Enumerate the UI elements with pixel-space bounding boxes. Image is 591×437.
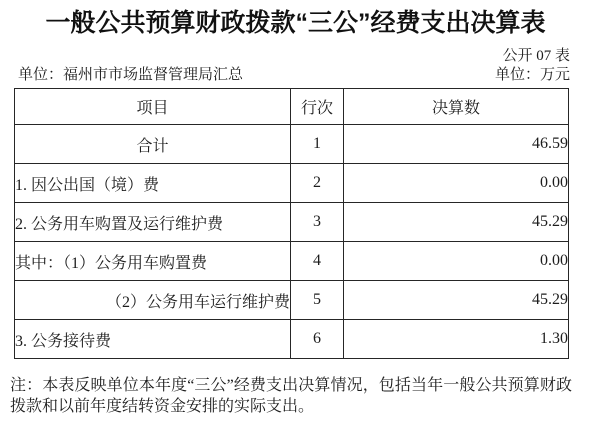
line-no-cell: 3 [291, 203, 344, 242]
column-header-item: 项目 [15, 89, 291, 125]
item-cell: 2. 公务用车购置及运行维护费 [15, 203, 291, 242]
meta-row: 单位：福州市市场监督管理局汇总 单位：万元 [18, 66, 570, 84]
amount-cell: 0.00 [344, 242, 569, 281]
table-row-vehicle-maintenance: （2）公务用车运行维护费 5 45.29 [15, 281, 569, 320]
page: 一般公共预算财政拨款“三公”经费支出决算表 公开 07 表 单位：福州市市场监督… [0, 0, 591, 437]
amount-cell: 45.29 [344, 281, 569, 320]
table-row-total: 合计 1 46.59 [15, 125, 569, 164]
budget-table: 项目 行次 决算数 合计 1 46.59 1. 因公出国（境）费 2 0.00 … [14, 88, 569, 359]
amount-cell: 0.00 [344, 164, 569, 203]
note: 注：本表反映单位本年度“三公”经费支出决算情况，包括当年一般公共预算财政拨款和以… [10, 375, 572, 417]
line-no-cell: 2 [291, 164, 344, 203]
item-cell: 1. 因公出国（境）费 [15, 164, 291, 203]
line-no-cell: 5 [291, 281, 344, 320]
line-no-cell: 1 [291, 125, 344, 164]
unit-currency: 单位：万元 [495, 66, 570, 84]
item-cell: 合计 [15, 125, 291, 164]
table-header-row: 项目 行次 决算数 [15, 89, 569, 125]
form-code: 公开 07 表 [502, 48, 570, 65]
column-header-amount: 决算数 [344, 89, 569, 125]
table-row-vehicle-total: 2. 公务用车购置及运行维护费 3 45.29 [15, 203, 569, 242]
item-cell: （2）公务用车运行维护费 [15, 281, 291, 320]
page-title: 一般公共预算财政拨款“三公”经费支出决算表 [0, 7, 591, 39]
table-row-abroad-expense: 1. 因公出国（境）费 2 0.00 [15, 164, 569, 203]
item-cell: 3. 公务接待费 [15, 320, 291, 359]
unit-name: 单位：福州市市场监督管理局汇总 [18, 66, 243, 84]
amount-cell: 1.30 [344, 320, 569, 359]
amount-cell: 45.29 [344, 203, 569, 242]
line-no-cell: 4 [291, 242, 344, 281]
column-header-line-no: 行次 [291, 89, 344, 125]
amount-cell: 46.59 [344, 125, 569, 164]
table-row-reception-expense: 3. 公务接待费 6 1.30 [15, 320, 569, 359]
item-cell: 其中：（1）公务用车购置费 [15, 242, 291, 281]
line-no-cell: 6 [291, 320, 344, 359]
table-row-vehicle-purchase: 其中：（1）公务用车购置费 4 0.00 [15, 242, 569, 281]
